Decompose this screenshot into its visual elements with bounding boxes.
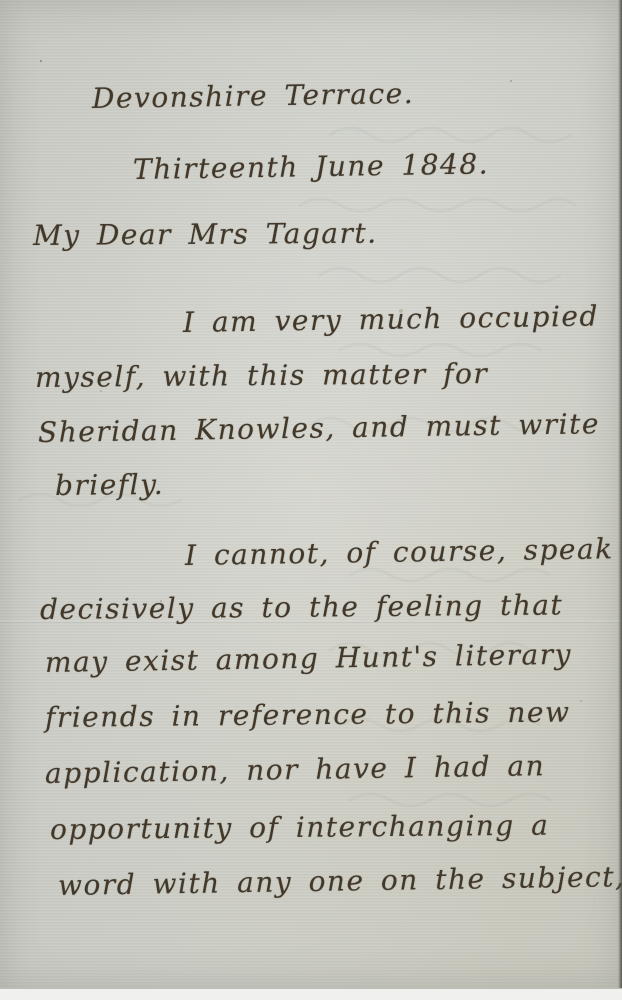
letter-body-line: I am very much occupied [183,299,599,339]
scan-background-strip [0,988,622,1000]
paper-foxing-specks [40,60,42,62]
letter-body-line: I cannot, of course, speak [185,532,614,572]
letter-body-line: decisively as to the feeling that [40,588,564,626]
scan-edge-shadow [618,0,622,988]
letter-address: Devonshire Terrace. [92,77,415,115]
letter-salutation: My Dear Mrs Tagart. [33,217,378,252]
letter-body-line: opportunity of interchanging a [50,809,550,846]
letter-scan: Devonshire Terrace. Thirteenth June 1848… [0,0,622,1000]
letter-body-line: friends in reference to this new [45,695,571,734]
letter-body-line: myself, with this matter for [35,357,489,394]
letter-date: Thirteenth June 1848. [133,147,490,186]
letter-body-line: briefly. [55,468,164,502]
